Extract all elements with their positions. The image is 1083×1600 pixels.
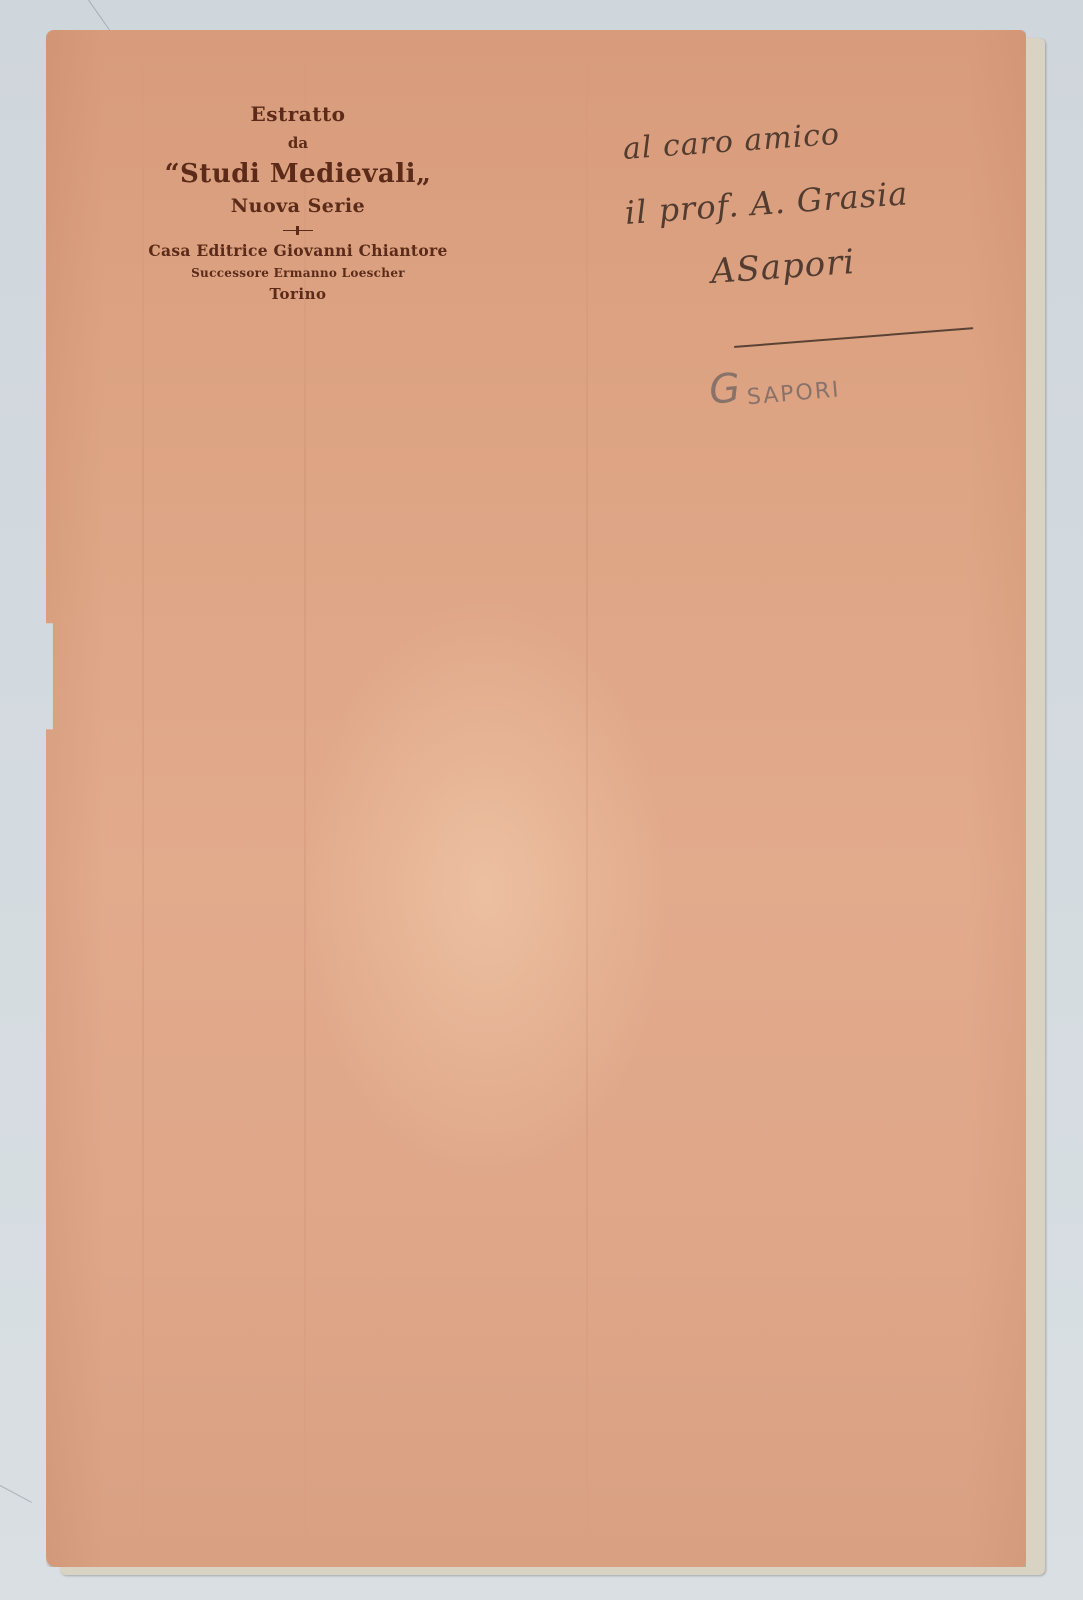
journal-series: Nuova Serie [124, 197, 472, 216]
printed-imprint: Estratto da “Studi Medievali„ Nuova Seri… [124, 104, 472, 302]
publisher-name: Casa Editrice Giovanni Chiantore [124, 243, 472, 259]
dedication-line-2: il prof. A. Grasia [624, 174, 910, 232]
ornament-rule-icon [283, 226, 313, 234]
imprint-da: da [124, 136, 472, 151]
journal-title: “Studi Medievali„ [124, 161, 472, 187]
signature-underline [734, 327, 973, 348]
dedication-signature: ASapori [710, 242, 857, 292]
publisher-city: Torino [124, 287, 472, 302]
pencil-initial: G [707, 365, 742, 414]
imprint-estratto: Estratto [124, 104, 472, 124]
dedication-line-1: al caro amico [622, 117, 841, 167]
backdrop-scratch [88, 0, 112, 33]
pencil-annotation: GSAPORI [707, 356, 841, 413]
publisher-successor: Successore Ermanno Loescher [124, 267, 472, 279]
backdrop-scratch [0, 1485, 32, 1503]
handwritten-dedication: al caro amico il prof. A. Grasia ASapori [581, 102, 961, 332]
pencil-name: SAPORI [746, 377, 842, 410]
booklet-cover: Estratto da “Studi Medievali„ Nuova Seri… [46, 30, 1026, 1567]
